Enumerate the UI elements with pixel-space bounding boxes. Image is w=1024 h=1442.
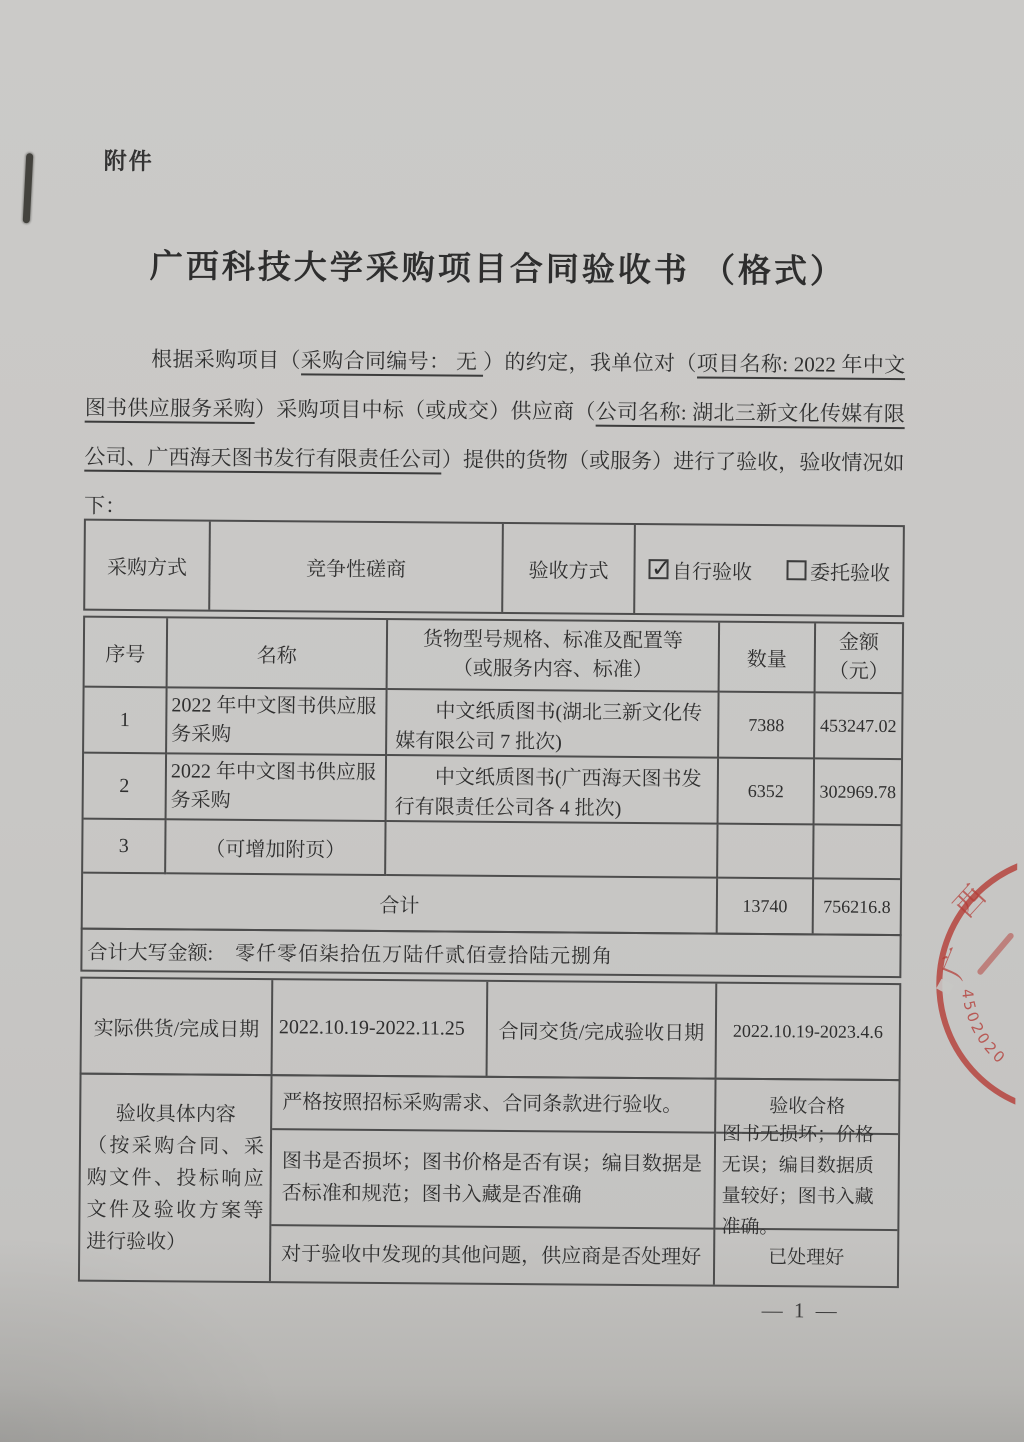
intro-text: ）的约定，我单位对（ (483, 350, 697, 376)
item-qty (718, 825, 814, 880)
item-no: 2 (84, 754, 168, 821)
col-header-no: 序号 (85, 618, 169, 689)
item-no: 1 (84, 688, 168, 755)
contract-number-underlined: 采购合同编号： 无 (301, 348, 483, 376)
intro-paragraph: 根据采购项目（采购合同编号： 无 ）的约定，我单位对（项目名称: 2022 年中… (84, 335, 906, 537)
unchecked-checkbox-icon (786, 560, 806, 580)
acceptance-detail-note: （按采购合同、采购文件、投标响应文件及验收方案等进行验收） (86, 1129, 264, 1258)
col-header-name: 名称 (168, 618, 389, 690)
acceptance-item-content: 图书是否损坏；图书价格是否有误；编目数据是否标准和规范；图书入藏是否准确 (271, 1130, 716, 1229)
item-spec (386, 822, 718, 879)
acceptance-method-label: 验收方式 (503, 524, 636, 613)
scanned-page: 附件 广西科技大学采购项目合同验收书 （格式） 根据采购项目（采购合同编号： 无… (0, 0, 1024, 1442)
amount-in-words-label: 合计大写金额: (87, 935, 213, 965)
acceptance-item-content: 严格按照招标采购需求、合同条款进行验收。 (272, 1076, 716, 1133)
self-acceptance-label: 自行验收 (672, 555, 752, 585)
official-seal-stamp-icon: 西 广 4502020 (931, 843, 1017, 1124)
acceptance-item-content: 对于验收中发现的其他问题，供应商是否处理好 (271, 1226, 715, 1284)
col-header-amount-line1: 金额 (839, 629, 879, 658)
item-name: 2022 年中文图书供应服务采购 (167, 688, 388, 756)
items-table: 序号 名称 货物型号规格、标准及配置等 （或服务内容、标准） 数量 金额 （元）… (81, 616, 904, 936)
total-amount: 756216.8 (814, 879, 900, 934)
total-qty: 13740 (718, 879, 814, 934)
delegated-acceptance-option: 委托验收 (786, 556, 890, 586)
item-amount (814, 825, 900, 880)
purchase-method-label: 采购方式 (85, 521, 211, 610)
acceptance-detail-header: 验收具体内容 （按采购合同、采购文件、投标响应文件及验收方案等进行验收） (80, 1075, 273, 1281)
item-name: 2022 年中文图书供应服务采购 (167, 754, 388, 822)
acceptance-detail-title: 验收具体内容 (116, 1097, 236, 1130)
item-qty: 7388 (719, 693, 816, 760)
intro-text: ）采购项目中标（或成交）供应商（ (255, 397, 596, 424)
item-qty: 6352 (719, 759, 816, 826)
svg-text:4502020: 4502020 (957, 988, 1010, 1069)
amount-in-words-row: 合计大写金额: 零仟零佰柒拾伍万陆仟贰佰壹拾陆元捌角 (80, 928, 901, 978)
stamp-serial-digits: 4502020 (957, 988, 1010, 1069)
item-amount: 302969.78 (815, 759, 902, 826)
acceptance-item-result: 已处理好 (715, 1230, 897, 1286)
scan-pen-mark (23, 153, 34, 223)
attachment-label: 附件 (104, 143, 154, 176)
checked-checkbox-icon (648, 559, 668, 579)
dates-row: 实际供货/完成日期 2022.10.19-2022.11.25 合同交货/完成验… (80, 977, 902, 1081)
amount-in-words-value: 零仟零佰柒拾伍万陆仟贰佰壹拾陆元捌角 (235, 936, 613, 968)
col-header-amount-line2: （元） (829, 658, 889, 687)
col-header-spec: 货物型号规格、标准及配置等 （或服务内容、标准） (388, 620, 721, 693)
page-number: — 1 — (762, 1298, 840, 1324)
item-spec: 中文纸质图书(广西海天图书发行有限责任公司各 4 批次) (387, 756, 720, 825)
item-name: （可增加附页） (166, 820, 386, 876)
intro-text: 根据采购项目（ (151, 347, 301, 372)
col-header-spec-line1: 货物型号规格、标准及配置等 (423, 625, 683, 656)
method-row: 采购方式 竞争性磋商 验收方式 自行验收 委托验收 (83, 519, 905, 617)
item-amount: 453247.02 (815, 693, 902, 760)
col-header-qty: 数量 (720, 623, 817, 694)
col-header-amount: 金额 （元） (816, 623, 903, 694)
contract-date-value: 2022.10.19-2023.4.6 (717, 984, 900, 1079)
self-acceptance-option: 自行验收 (648, 555, 752, 585)
supply-date-value: 2022.10.19-2022.11.25 (273, 980, 489, 1076)
acceptance-item-result: 图书无损坏；价格无误；编目数据质量较好；图书入藏准确。 (715, 1134, 898, 1231)
delegated-acceptance-label: 委托验收 (810, 556, 890, 586)
item-spec: 中文纸质图书(湖北三新文化传媒有限公司 7 批次) (387, 690, 720, 759)
acceptance-detail-table: 验收具体内容 （按采购合同、采购文件、投标响应文件及验收方案等进行验收） 严格按… (78, 1073, 901, 1288)
item-no: 3 (83, 820, 166, 875)
col-header-spec-line2: （或服务内容、标准） (453, 655, 653, 686)
page-title: 广西科技大学采购项目合同验收书 （格式） (0, 239, 998, 294)
acceptance-form: 采购方式 竞争性磋商 验收方式 自行验收 委托验收 序号 名称 货物型号规格、标… (78, 519, 905, 1288)
total-label: 合计 (83, 874, 718, 933)
contract-date-label: 合同交货/完成验收日期 (488, 982, 718, 1078)
acceptance-method-options: 自行验收 委托验收 (635, 525, 903, 615)
purchase-method-value: 竞争性磋商 (210, 522, 504, 612)
supply-date-label: 实际供货/完成日期 (82, 979, 274, 1074)
